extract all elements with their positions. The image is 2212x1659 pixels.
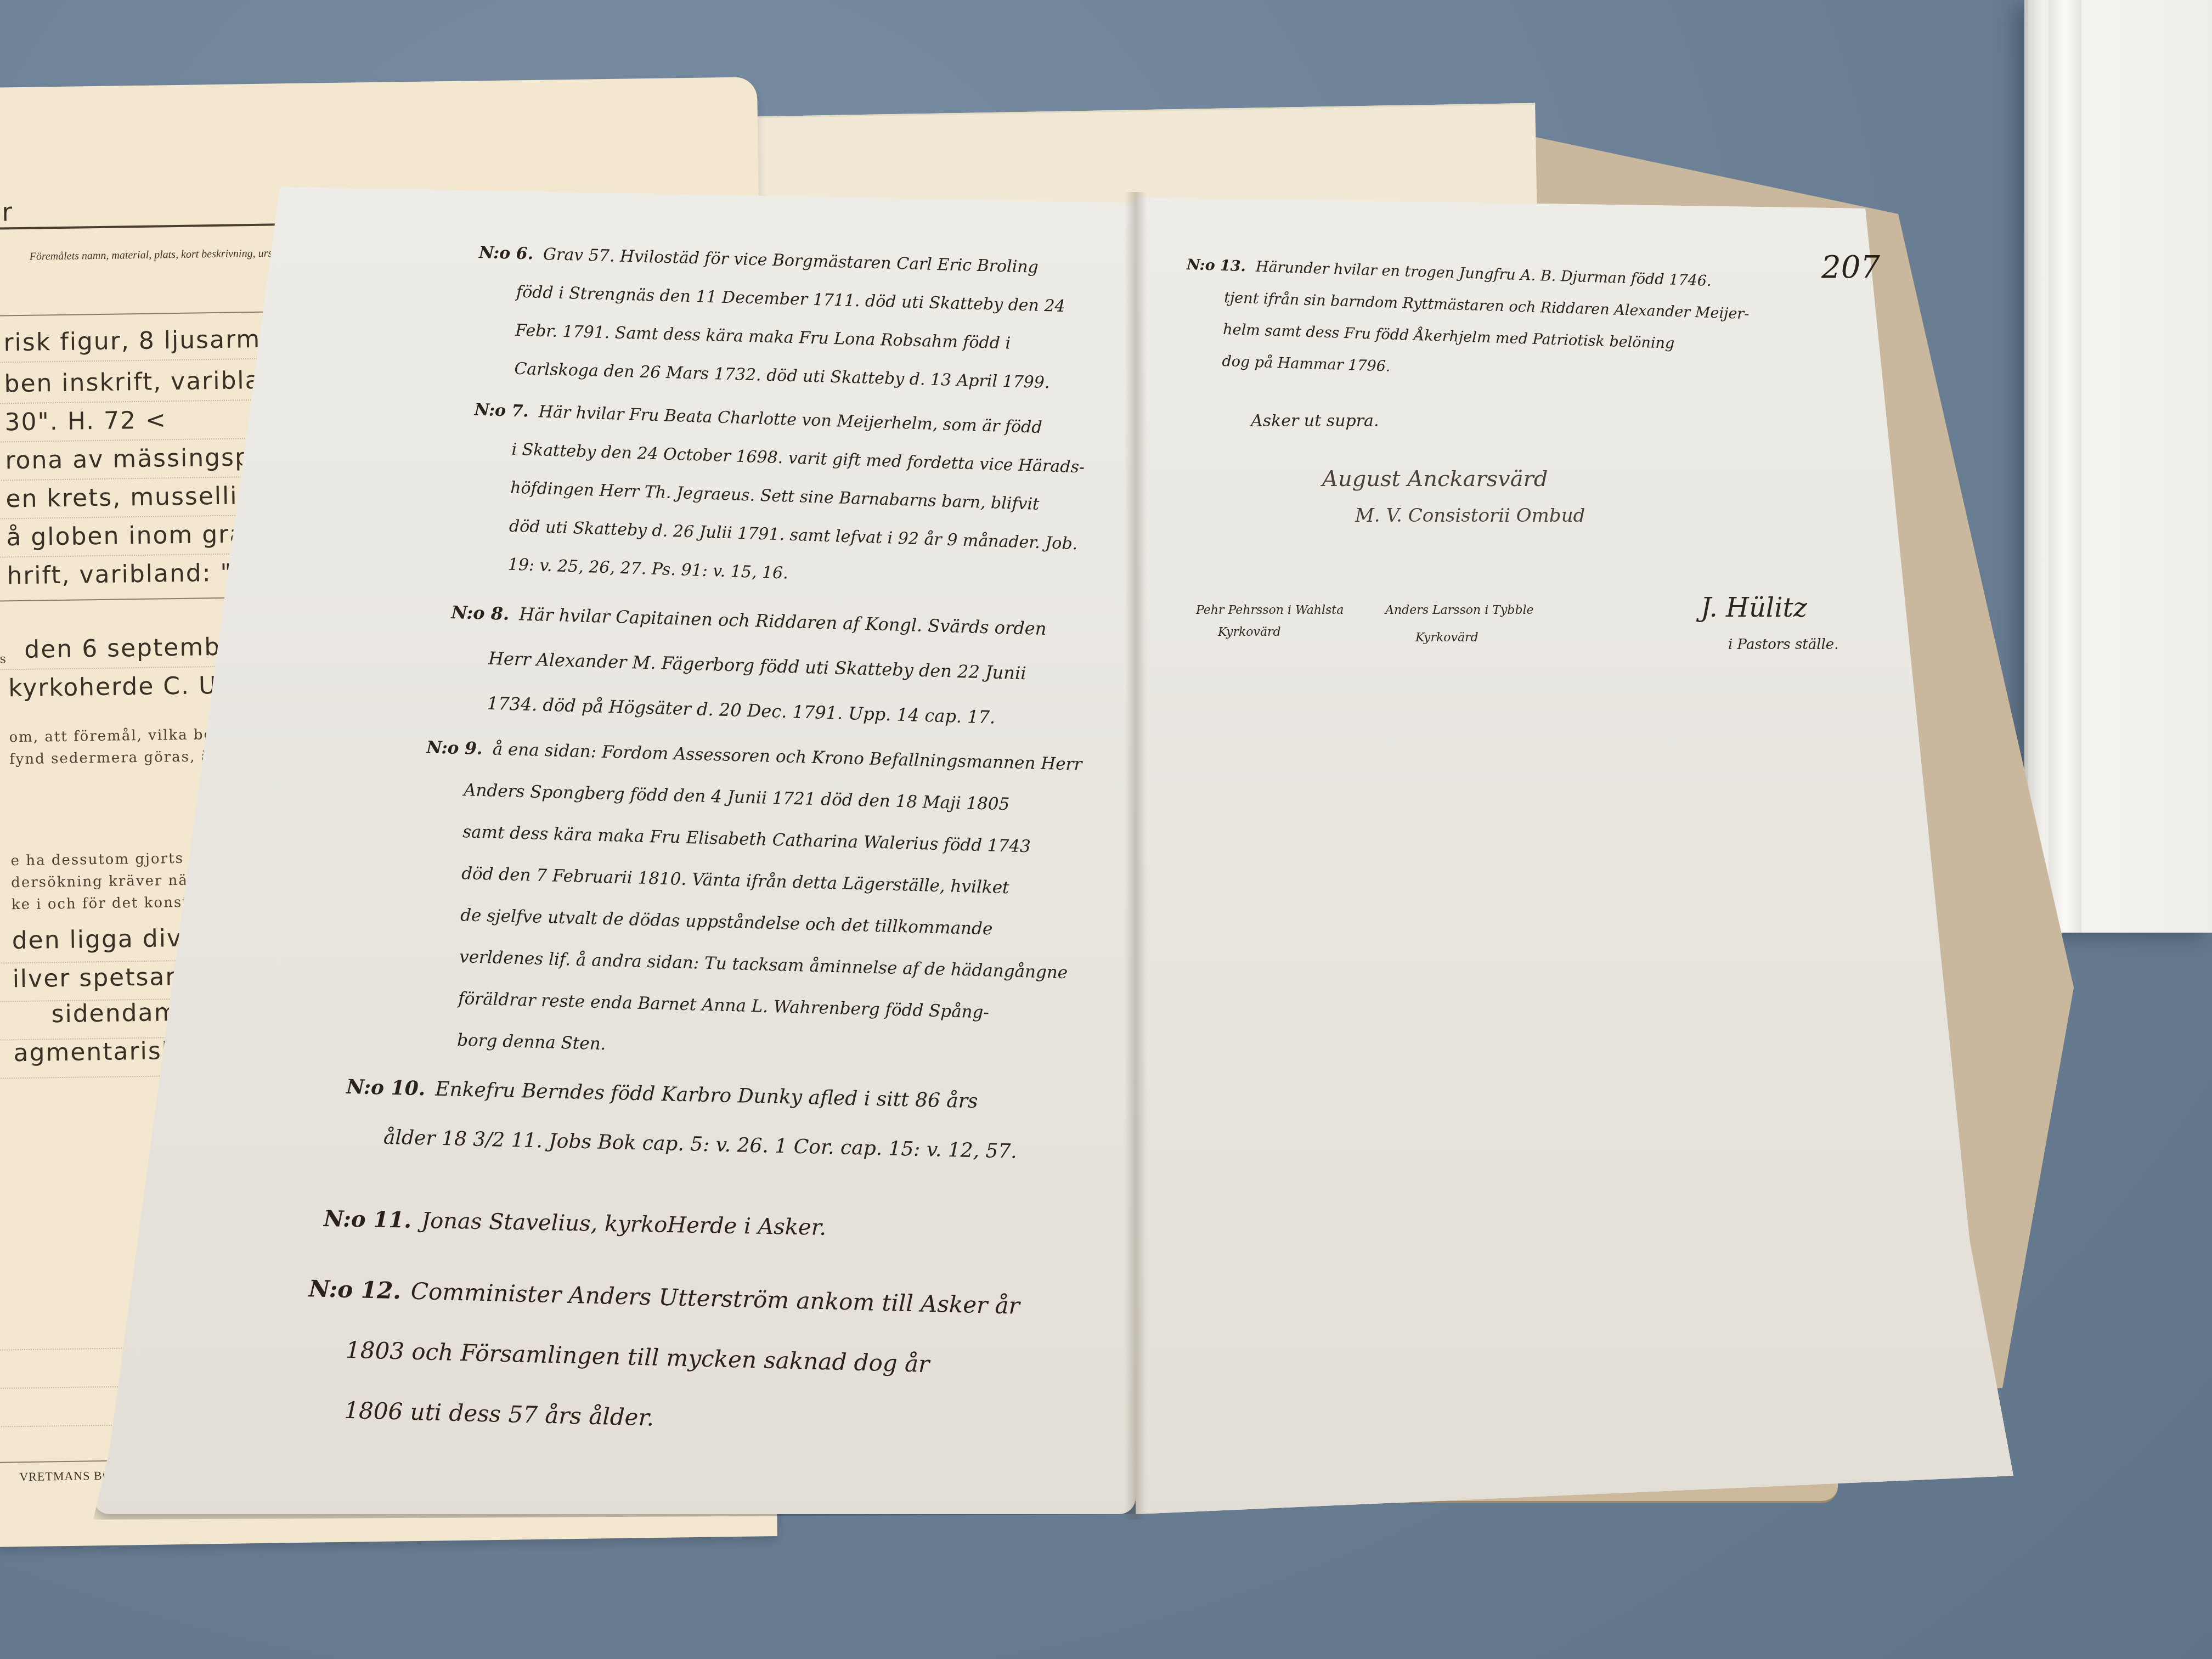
manuscript-right-page [1136, 198, 2167, 1514]
entry-6: N:o 6.Grav 57. Hvilostäd för vice Borgmä… [476, 234, 1067, 403]
entry-13: N:o 13.Härunder hvilar en trogen Jungfru… [1183, 249, 1751, 394]
entry-10: N:o 10.Enkefru Berndes född Karbro Dunky… [345, 1062, 1019, 1177]
entry-11: N:o 11.Jonas Stavelius, kyrkoHerde i Ask… [323, 1192, 827, 1255]
entry-9: N:o 9.å ena sidan: Fordom Assessoren och… [418, 726, 1082, 1077]
signature-main-title: M. V. Consistorii Ombud [1355, 505, 1585, 527]
manuscript-book: N:o 6.Grav 57. Hvilostäd för vice Borgmä… [93, 170, 2156, 1542]
signature-warden-2-title: Kyrkovärd [1415, 631, 1479, 645]
entry-8: N:o 8.Här hvilar Capitainen och Riddaren… [448, 590, 1047, 741]
entry-12: N:o 12.Comminister Anders Utterström ank… [305, 1259, 1020, 1457]
signature-pastor-title: i Pastors ställe. [1728, 636, 1838, 653]
signature-warden-1-title: Kyrkovärd [1218, 625, 1281, 639]
entry-7: N:o 7.Här hvilar Fru Beata Charlotte von… [469, 391, 1086, 602]
form-corner-text: r [2, 197, 13, 227]
book-gutter [1125, 192, 1147, 1520]
signature-pastor: J. Hülitz [1701, 592, 1807, 623]
signature-warden-2: Anders Larsson i Tybble [1385, 603, 1534, 617]
closing-line: Asker ut supra. [1251, 411, 1379, 431]
page-number: 207 [1821, 250, 2156, 285]
signature-main-name: August Anckarsvärd [1322, 466, 1548, 492]
form-date-label: es [0, 652, 7, 666]
signature-warden-1: Pehr Pehrsson i Wahlsta [1196, 603, 1344, 617]
